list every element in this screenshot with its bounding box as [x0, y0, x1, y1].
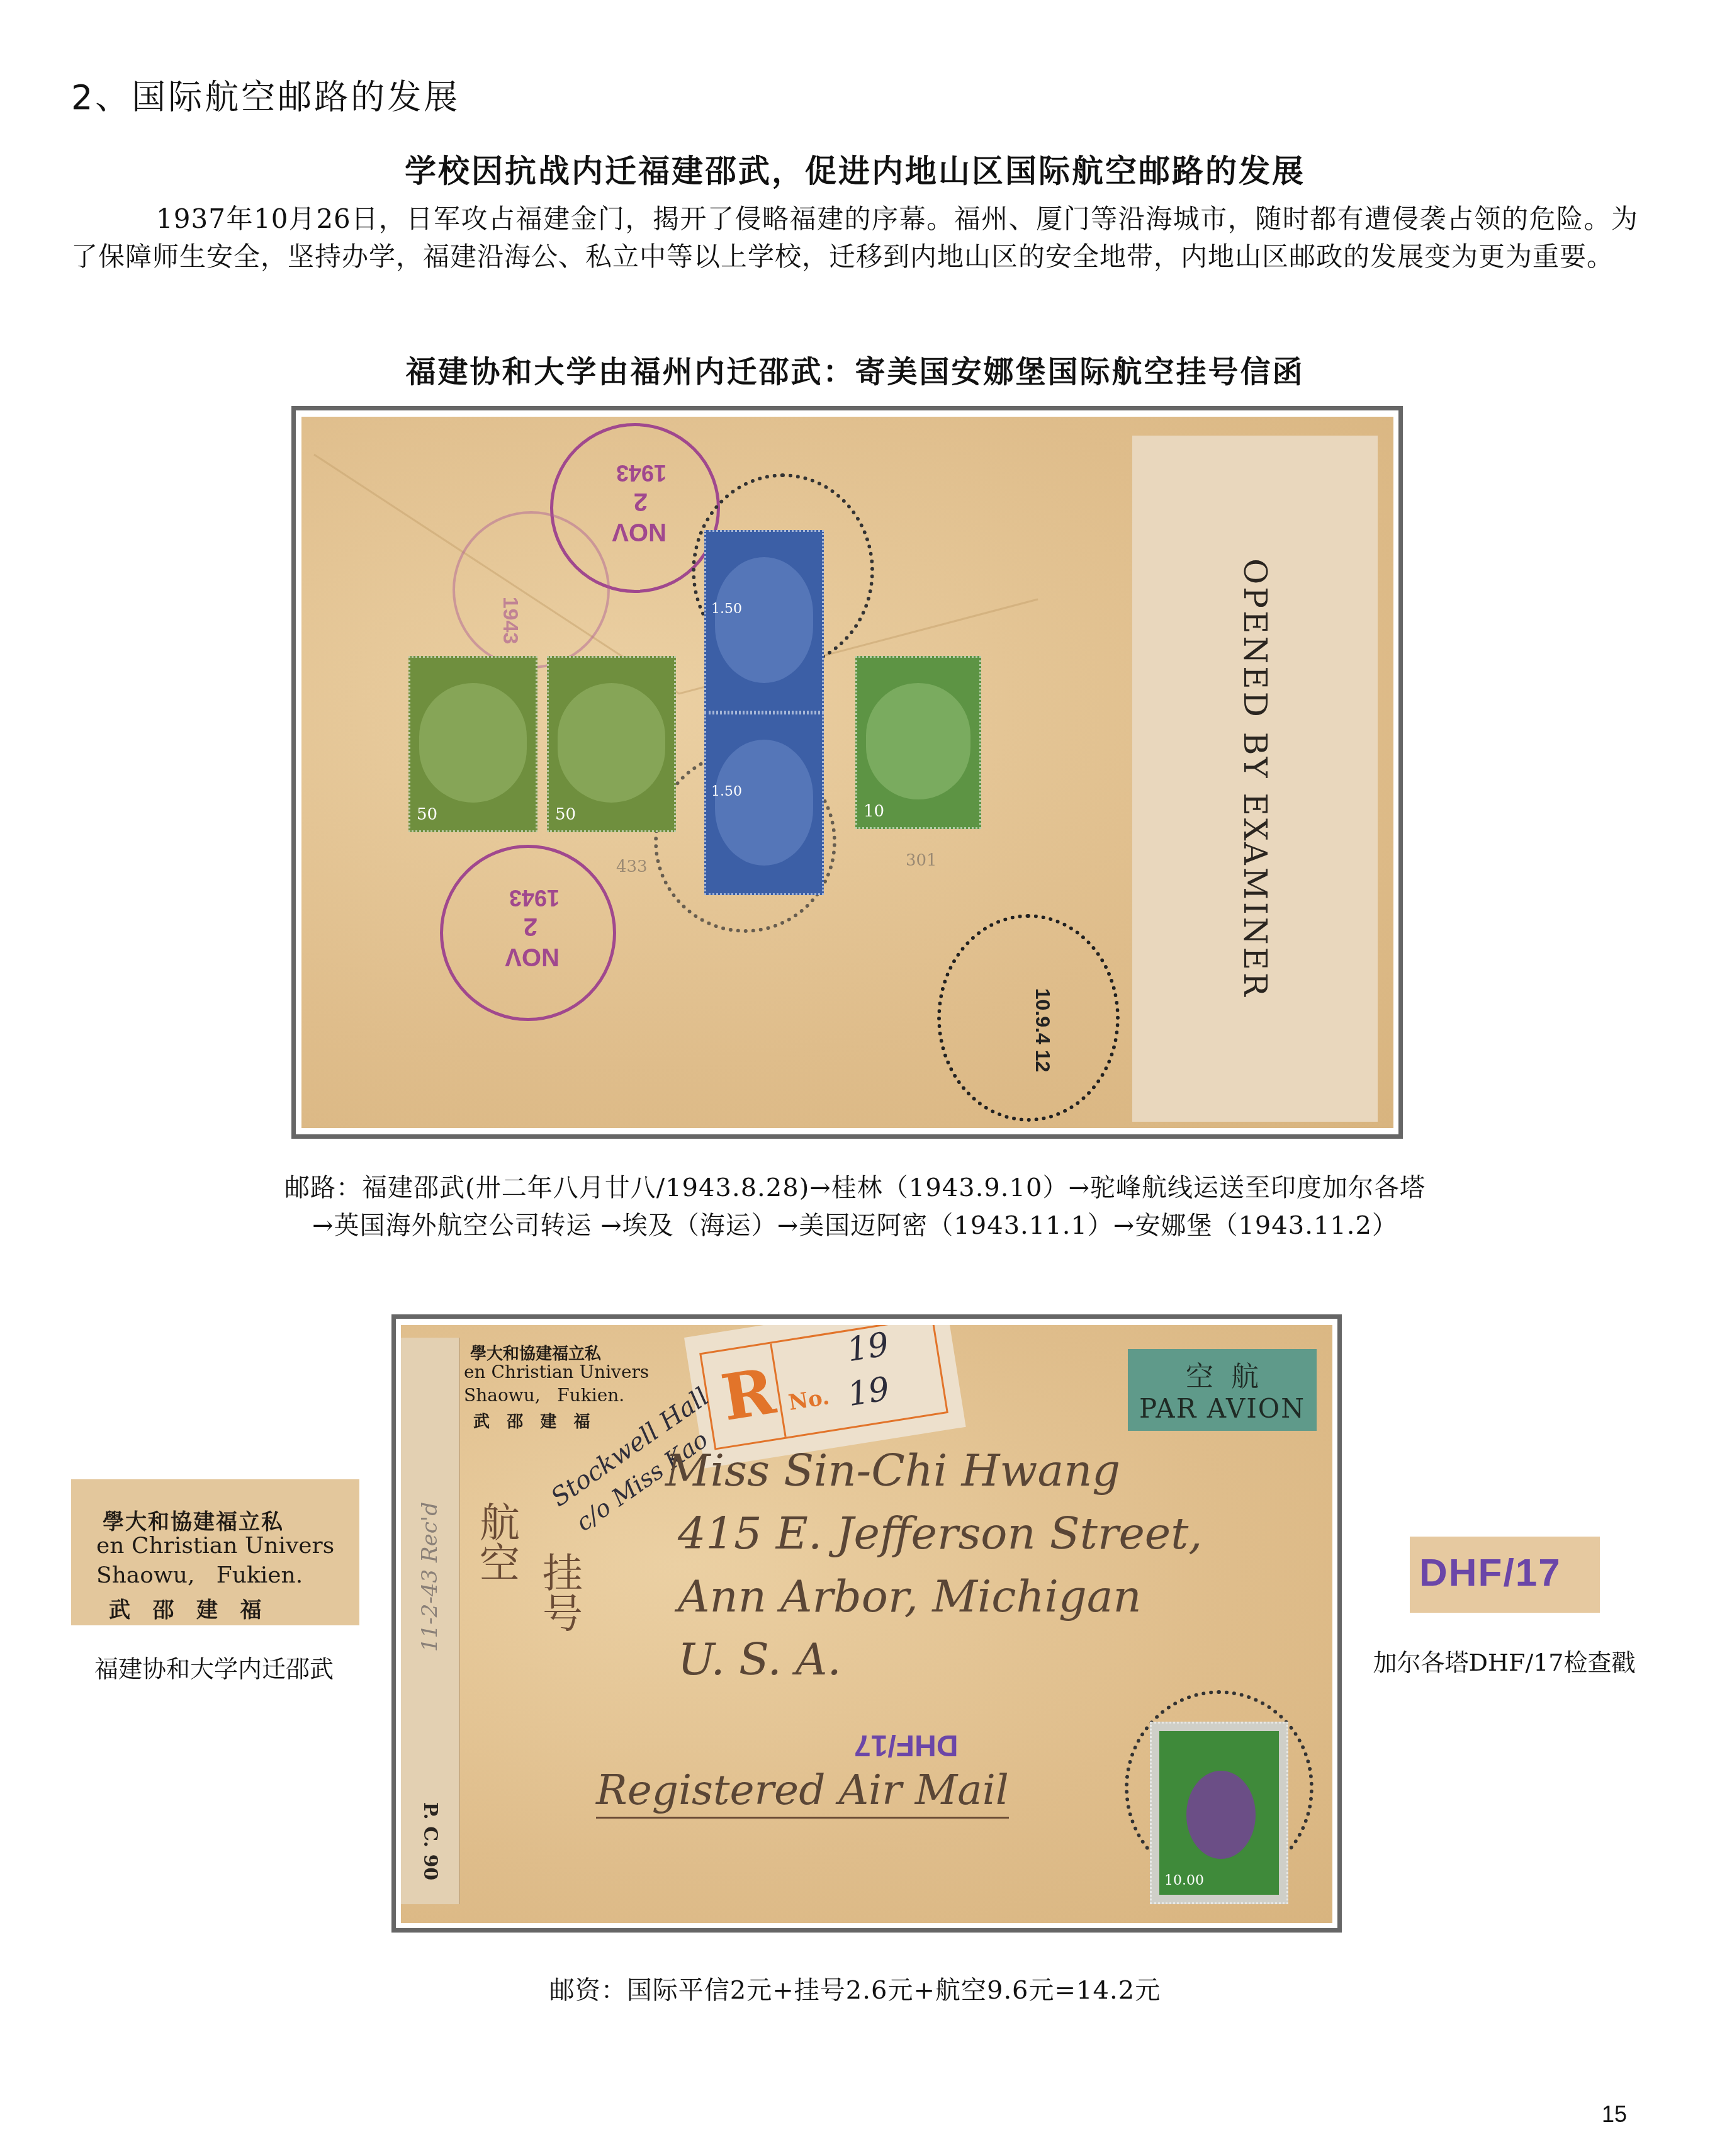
corner-card-line1: 私立福建協和大學 — [470, 1341, 601, 1364]
cover1-frame: OPENED BY EXAMINER NOV 2 1943 1943 NOV 2… — [291, 406, 1403, 1139]
inset-right-image: DHF/17 — [1410, 1537, 1600, 1613]
pencil-note-433: 433 — [616, 857, 648, 876]
cover2-envelope-image: P. C. 90 11-2-43 Rec'd 私立福建協和大學 en Chris… — [401, 1325, 1332, 1923]
miami-postmark-year: 1943 — [498, 597, 522, 645]
registration-number-bottom: 19 — [845, 1370, 892, 1414]
stamp-50-2: 50 — [547, 656, 676, 832]
intro-paragraph: 1937年10月26日，日军攻占福建金门，揭开了侵略福建的序幕。福州、厦门等沿海… — [71, 200, 1638, 276]
airmail-label-french: PAR AVION — [1128, 1393, 1317, 1424]
corner-card-line2: en Christian Univers — [464, 1362, 649, 1382]
dhf-censor-mark: DHF/17 — [854, 1728, 958, 1763]
postmark-month: NOV — [612, 517, 667, 546]
inset-left-image: 私立福建協和大學 en Christian Univers Shaowu, Fu… — [71, 1479, 359, 1625]
postage-calculation: 邮资：国际平信2元+挂号2.6元+航空9.6元=14.2元 — [0, 1970, 1710, 2006]
section-title: 2、国际航空邮路的发展 — [71, 71, 460, 119]
postmark-month: NOV — [505, 942, 560, 971]
cover2-frame: P. C. 90 11-2-43 Rec'd 私立福建協和大學 en Chris… — [391, 1314, 1342, 1933]
registration-box: R No. 19 19 — [699, 1325, 948, 1450]
inset-left-line2: en Christian Univers — [96, 1533, 334, 1559]
address-line-3: Ann Arbor, Michigan — [678, 1571, 1142, 1622]
dhf-censor-stamp: DHF/17 — [1419, 1550, 1561, 1595]
postmark-day: 2 — [634, 487, 648, 516]
inset-right-caption: 加尔各塔DHF/17检查戳 — [1347, 1643, 1662, 1678]
stamp-150-1: 1.50 — [704, 530, 824, 713]
miami-postmark: 1943 — [453, 511, 610, 669]
registration-no-label: No. — [787, 1384, 831, 1416]
censor-strip: OPENED BY EXAMINER — [1132, 436, 1378, 1122]
stamp-150-2: 1.50 — [704, 713, 824, 895]
registration-letter: R — [717, 1353, 780, 1435]
pencil-note-301: 301 — [906, 851, 937, 870]
postmark-year: 1943 — [509, 884, 560, 911]
corner-card-line4: 福 建 邵 武 — [473, 1409, 590, 1432]
pencil-receipt-note: 11-2-43 Rec'd — [417, 1502, 442, 1652]
address-line-1: Miss Sin-Chi Hwang — [665, 1445, 1120, 1496]
route-line-1: 邮路：福建邵武(卅二年八月廿八/1943.8.28)→桂林（1943.9.10）… — [0, 1168, 1710, 1204]
inset-left-line1: 私立福建協和大學 — [103, 1504, 284, 1535]
address-line-2: 415 E. Jefferson Street, — [678, 1508, 1203, 1559]
postmark-year: 1943 — [616, 460, 667, 486]
kweilin-date: 10.9.4 12 — [1031, 988, 1054, 1072]
stamp-10: 10 — [855, 656, 981, 829]
corner-card-line3: Shaowu, Fukien. — [464, 1385, 624, 1406]
censor-strip-pc90: P. C. 90 11-2-43 Rec'd — [401, 1338, 460, 1904]
airmail-label-chinese: 航 空 — [1128, 1354, 1317, 1394]
chinese-handwriting-2: 挂号 — [530, 1552, 588, 1632]
cover1-envelope-image: OPENED BY EXAMINER NOV 2 1943 1943 NOV 2… — [301, 417, 1393, 1128]
intro-paragraph-text: 1937年10月26日，日军攻占福建金门，揭开了侵略福建的序幕。福州、厦门等沿海… — [71, 203, 1638, 272]
stamp-50-1: 50 — [408, 656, 537, 832]
inset-left-caption: 福建协和大学内迁邵武 — [63, 1649, 365, 1684]
chinese-handwriting-1: 航空 — [467, 1501, 525, 1582]
postmark-day: 2 — [524, 912, 537, 940]
censor-strip-label: P. C. 90 — [419, 1802, 441, 1880]
stamp-10-dollar: 10.00 — [1150, 1722, 1288, 1904]
registered-air-mail-note: Registered Air Mail — [596, 1766, 1009, 1819]
registration-number-top: 19 — [845, 1326, 892, 1370]
inset-left-line4: 福 建 邵 武 — [109, 1593, 262, 1623]
inset-left-line3: Shaowu, Fukien. — [96, 1562, 303, 1588]
address-line-4: U. S. A. — [678, 1634, 841, 1685]
stamp-portrait — [1186, 1771, 1256, 1859]
page-number: 15 — [1602, 2101, 1627, 2128]
airmail-label-box: 航 空 PAR AVION — [1128, 1349, 1317, 1431]
censor-strip-label: OPENED BY EXAMINER — [1237, 558, 1273, 998]
section-subtitle: 学校因抗战内迁福建邵武，促进内地山区国际航空邮路的发展 — [0, 146, 1710, 191]
ann-arbor-postmark-bottom: NOV 2 1943 — [440, 845, 616, 1021]
kweilin-postmark: 10.9.4 12 — [937, 914, 1120, 1122]
route-line-2: →英国海外航空公司转运 →埃及（海运）→美国迈阿密（1943.11.1）→安娜堡… — [0, 1205, 1710, 1241]
cover1-caption: 福建协和大学由福州内迁邵武：寄美国安娜堡国际航空挂号信函 — [0, 347, 1710, 391]
